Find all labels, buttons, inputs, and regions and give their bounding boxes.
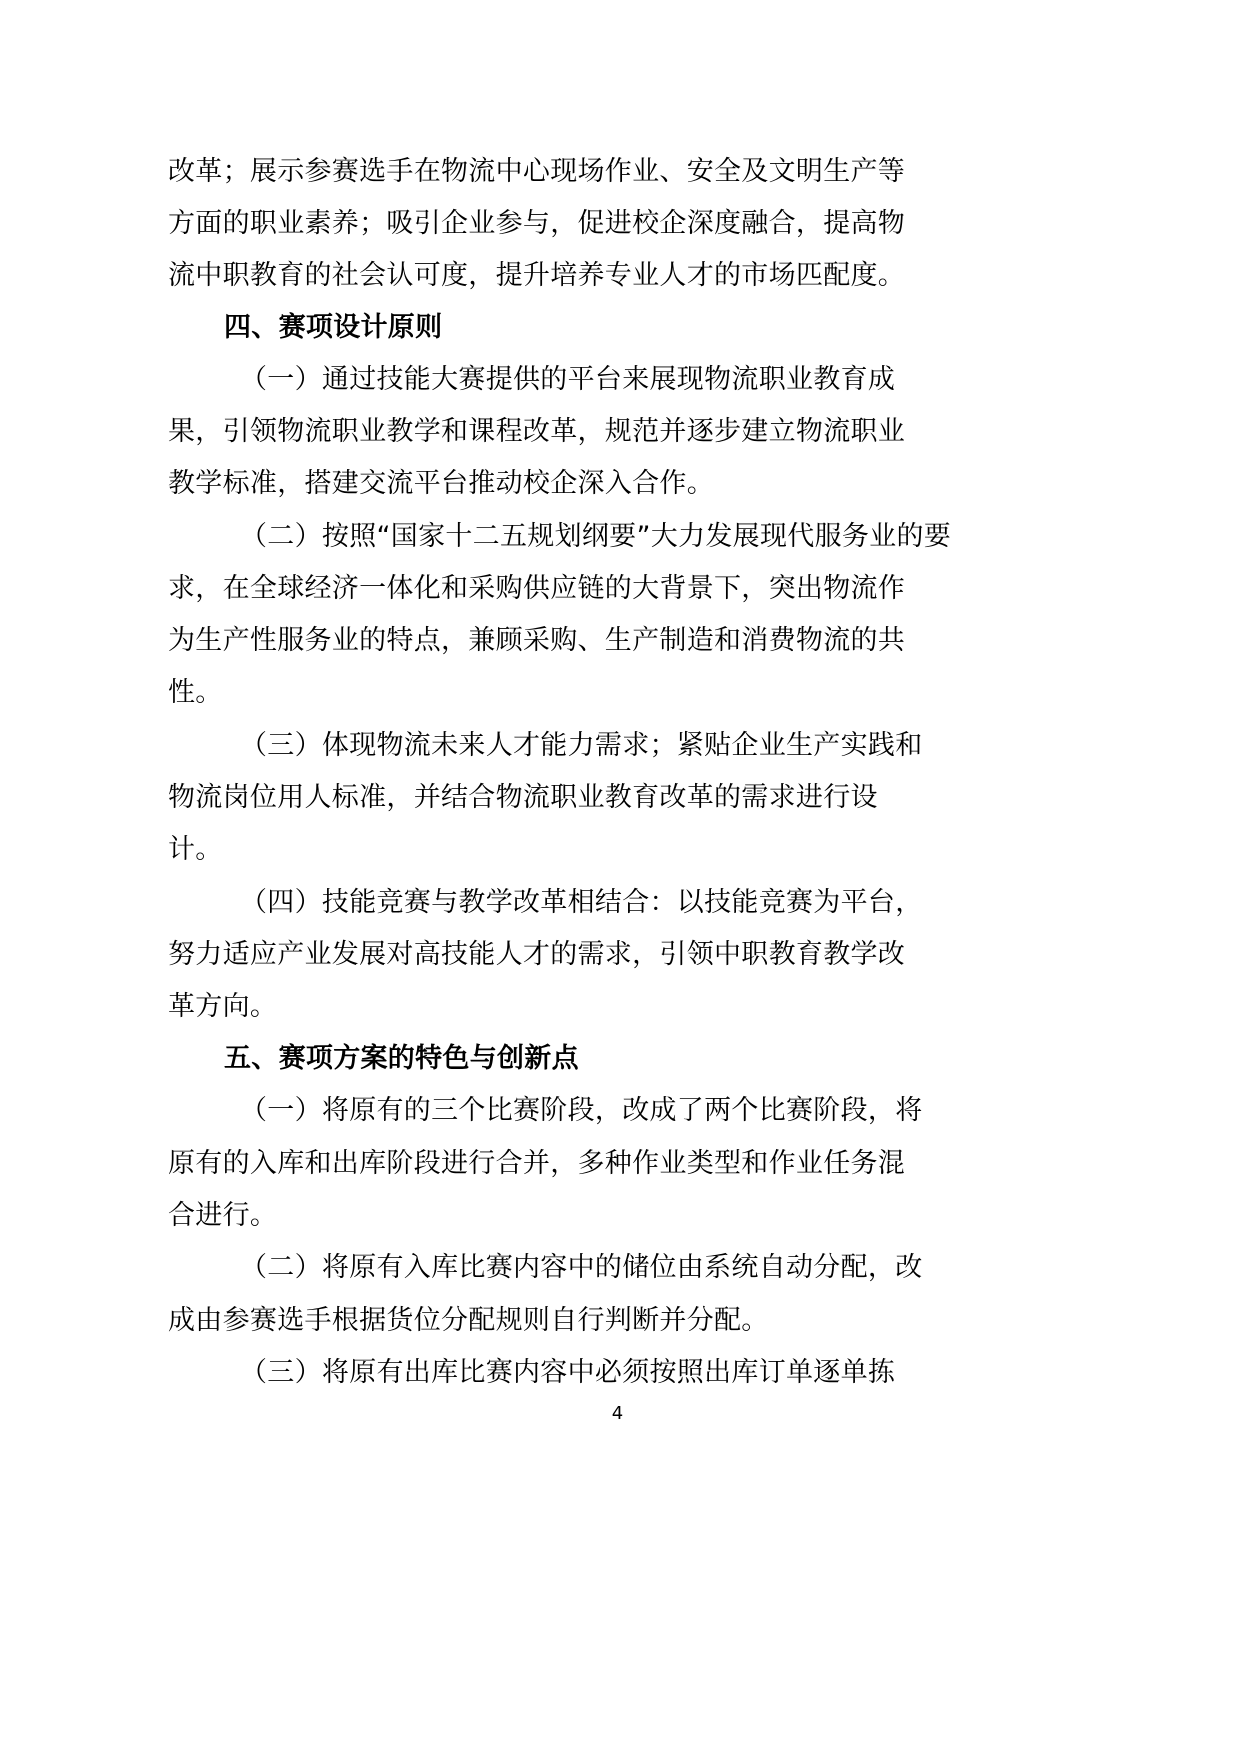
- body-line: 方面的职业素养；吸引企业参与，促进校企深度融合，提高物: [168, 206, 905, 242]
- page-number: 4: [0, 1402, 1235, 1426]
- body-line: 流中职教育的社会认可度，提升培养专业人才的市场匹配度。: [168, 258, 905, 294]
- body-line: 合进行。: [168, 1198, 277, 1234]
- document-page: 改革；展示参赛选手在物流中心现场作业、安全及文明生产等 方面的职业素养；吸引企业…: [0, 0, 1235, 1749]
- body-line: 革方向。: [168, 989, 277, 1025]
- body-line: 求，在全球经济一体化和采购供应链的大背景下，突出物流作: [168, 571, 905, 607]
- body-line: 成由参赛选手根据货位分配规则自行判断并分配。: [168, 1303, 769, 1339]
- section-heading-4: 四、赛项设计原则: [224, 310, 442, 346]
- paragraph-start-line: （一）通过技能大赛提供的平台来展现物流职业教育成: [240, 362, 895, 398]
- body-line: 为生产性服务业的特点，兼顾采购、生产制造和消费物流的共: [168, 623, 905, 659]
- paragraph-start-line: （三）体现物流未来人才能力需求；紧贴企业生产实践和: [240, 728, 923, 764]
- body-line: 计。: [168, 832, 223, 868]
- paragraph-start-line: （四）技能竞赛与教学改革相结合：以技能竞赛为平台，: [240, 885, 923, 921]
- body-line: 果，引领物流职业教学和课程改革，规范并逐步建立物流职业: [168, 414, 905, 450]
- body-line: 物流岗位用人标准，并结合物流职业教育改革的需求进行设: [168, 780, 878, 816]
- body-line: 努力适应产业发展对高技能人才的需求，引领中职教育教学改: [168, 937, 905, 973]
- paragraph-start-line: （三）将原有出库比赛内容中必须按照出库订单逐单拣: [240, 1355, 895, 1391]
- paragraph-start-line: （一）将原有的三个比赛阶段，改成了两个比赛阶段，将: [240, 1093, 923, 1129]
- paragraph-start-line: （二）按照“国家十二五规划纲要”大力发展现代服务业的要: [240, 519, 951, 555]
- body-line: 原有的入库和出库阶段进行合并，多种作业类型和作业任务混: [168, 1146, 905, 1182]
- section-heading-5: 五、赛项方案的特色与创新点: [224, 1041, 579, 1077]
- body-line: 性。: [168, 675, 223, 711]
- body-line: 教学标准，搭建交流平台推动校企深入合作。: [168, 466, 714, 502]
- body-line: 改革；展示参赛选手在物流中心现场作业、安全及文明生产等: [168, 154, 905, 190]
- paragraph-start-line: （二）将原有入库比赛内容中的储位由系统自动分配，改: [240, 1250, 923, 1286]
